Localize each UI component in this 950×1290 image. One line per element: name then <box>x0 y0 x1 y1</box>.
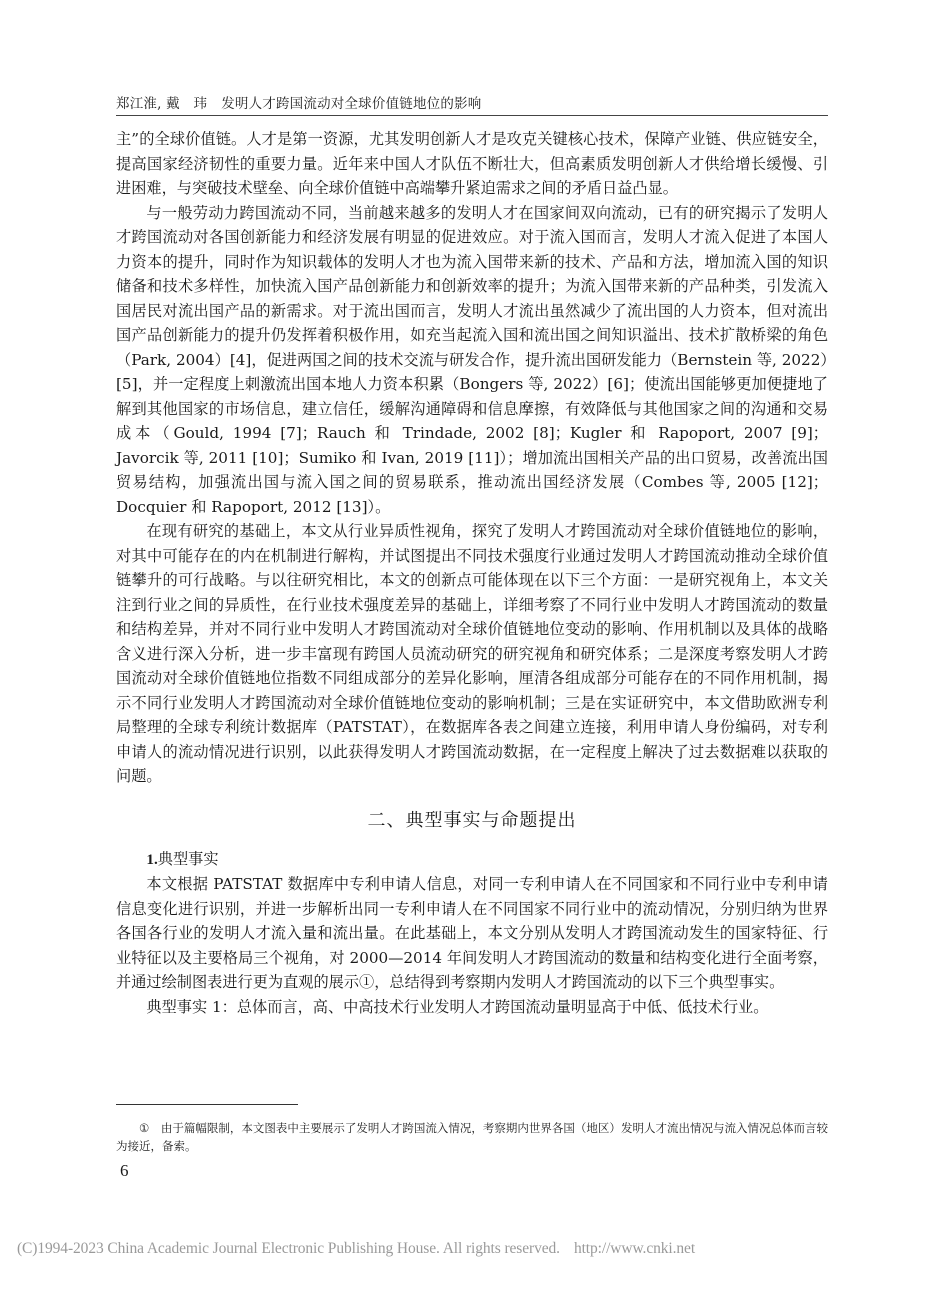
article-body: 主”的全球价值链。人才是第一资源，尤其发明创新人才是攻克关键核心技术，保障产业链… <box>116 127 828 1019</box>
paragraph-continuation: 主”的全球价值链。人才是第一资源，尤其发明创新人才是攻克关键核心技术，保障产业链… <box>116 127 828 201</box>
paragraph-fact-1: 典型事实 1：总体而言，高、中高技术行业发明人才跨国流动量明显高于中低、低技术行… <box>116 995 828 1020</box>
subsection-title: 典型事实 <box>158 850 219 868</box>
subsection-number: 1. <box>146 851 157 868</box>
page-number: 6 <box>120 1161 129 1181</box>
paragraph-contributions: 在现有研究的基础上，本文从行业异质性视角，探究了发明人才跨国流动对全球价值链地位… <box>116 519 828 789</box>
section-heading: 二、典型事实与命题提出 <box>116 809 828 833</box>
paragraph-stylized-facts: 本文根据 PATSTAT 数据库中专利申请人信息，对同一专利申请人在不同国家和不… <box>116 872 828 995</box>
header-article-title: 发明人才跨国流动对全球价值链地位的影响 <box>221 96 481 112</box>
footnote-text: 由于篇幅限制，本文图表中主要展示了发明人才跨国流入情况，考察期内世界各国（地区）… <box>116 1121 828 1153</box>
footnote-rule <box>116 1104 298 1105</box>
copyright-notice: (C)1994-2023 China Academic Journal Elec… <box>17 1240 695 1258</box>
footnote-mark: ① <box>139 1119 149 1137</box>
subsection-heading: 1.典型事实 <box>116 847 828 873</box>
copyright-text: (C)1994-2023 China Academic Journal Elec… <box>17 1240 560 1257</box>
running-header: 郑江淮, 戴 玮发明人才跨国流动对全球价值链地位的影响 <box>116 92 828 112</box>
header-rule <box>116 115 828 116</box>
paragraph-literature-review: 与一般劳动力跨国流动不同，当前越来越多的发明人才在国家间双向流动，已有的研究揭示… <box>116 201 828 520</box>
cnki-link[interactable]: http://www.cnki.net <box>574 1240 695 1257</box>
header-authors: 郑江淮, 戴 玮 <box>116 96 207 112</box>
footnote: ①由于篇幅限制，本文图表中主要展示了发明人才跨国流入情况，考察期内世界各国（地区… <box>116 1119 828 1155</box>
